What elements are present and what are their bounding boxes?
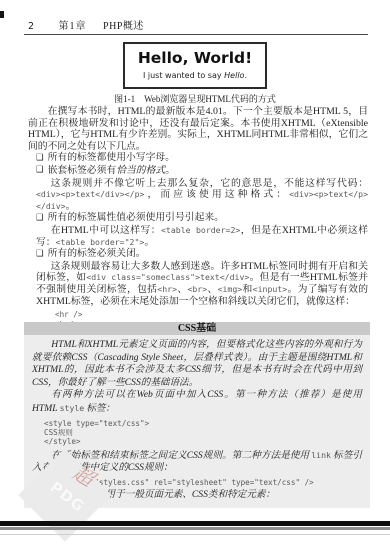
square-bullet-icon: ❑ [36,249,44,259]
scan-bottom-line [0,534,390,535]
rule-proper-nesting: 嵌套标签必须有恰当的格式。 [48,165,175,176]
css-intro-paragraph: HTML和XHTML元素定义页面的内容，但要格式化这些内容的外观和行为就要依赖C… [32,339,362,389]
css-basics-title: CSS基础 [24,322,370,335]
subtitle-emphasis: Hello [224,71,244,80]
browser-render-box: Hello, World! I just wanted to say Hello… [123,42,267,89]
link-tag-code: <link href="styles.css" rel="stylesheet"… [44,478,362,487]
hello-world-subtitle: I just wanted to say Hello. [138,71,252,81]
css-basics-body: HTML和XHTML元素定义页面的内容，但要格式化这些内容的外观和行为就要依赖C… [24,335,370,502]
style-tag-code: <style type="text/css"> CSS规则 </style> [44,419,362,447]
figure-1-1: Hello, World! I just wanted to say Hello… [0,42,390,105]
chapter-title: PHP概述 [103,21,144,32]
list-item: ❑嵌套标签必须有恰当的格式。 这条规则并不像它听上去那么复杂，它的意思是，不能这… [36,165,368,212]
square-bullet-icon: ❑ [36,165,44,175]
rule-quoted-attributes: 所有的标签属性值必须使用引号引起来。 [48,212,224,223]
page-number: 2 [28,21,34,32]
book-page: 2 第1章 PHP概述 Hello, World! I just wanted … [0,0,390,546]
rule-closed-tags: 所有的标签必须关闭。 [48,248,146,259]
hello-world-heading: Hello, World! [138,49,252,67]
css-method2-paragraph: 在开始标签和结束标签之间定义CSS规则。第二种方法是使用link标签引入在外部文… [32,449,362,475]
css-method1-paragraph: 有两种方法可以在Web页面中加入CSS。第一种方法（推荐）是使用HTMLstyl… [32,389,362,415]
main-text-column: 在撰写本书时，HTML的最新版本是4.01。下一个主要版本是HTML 5，目前正… [28,106,368,350]
subtitle-prefix: I just wanted to say [143,71,224,80]
figure-caption: 图1-1 Web浏览器呈现HTML代码的方式 [0,94,390,105]
list-item: ❑所有的标签属性值必须使用引号引起来。 在HTML中可以这样写：<table b… [36,212,368,248]
css-basics-box: CSS基础 HTML和XHTML元素定义页面的内容，但要格式化这些内容的外观和行… [24,322,370,508]
xhtml-rules-list: ❑所有的标签都使用小写字母。 ❑嵌套标签必须有恰当的格式。 这条规则并不像它听上… [36,152,368,347]
rule-detail: 这条规则并不像它听上去那么复杂，它的意思是，不能这样写代码：<div><p>te… [36,178,368,213]
subtitle-suffix: . [244,71,247,80]
square-bullet-icon: ❑ [36,153,44,163]
scan-edge-mark [0,11,4,18]
scan-bottom-bar-black [0,521,390,526]
rule-detail: 这条规则最容易让大多数人感到迷惑。许多HTML标签同时拥有开启和关闭标签，如<d… [36,261,368,307]
page-header: 2 第1章 PHP概述 [24,21,368,35]
css-selectors-paragraph: CSS规则可应用于一般页面元素、CSS类和特定元素： [32,489,362,502]
scan-bottom-bar-gray [0,527,390,530]
square-bullet-icon: ❑ [36,213,44,223]
list-item: ❑所有的标签都使用小写字母。 [36,152,368,165]
rule-lowercase-tags: 所有的标签都使用小写字母。 [48,152,175,163]
rule-detail: 在HTML中可以这样写：<table border=2>，但是在XHTML中必须… [36,225,368,248]
intro-paragraph: 在撰写本书时，HTML的最新版本是4.01。下一个主要版本是HTML 5，目前正… [28,106,368,152]
chapter-label: 第1章 [59,21,87,32]
